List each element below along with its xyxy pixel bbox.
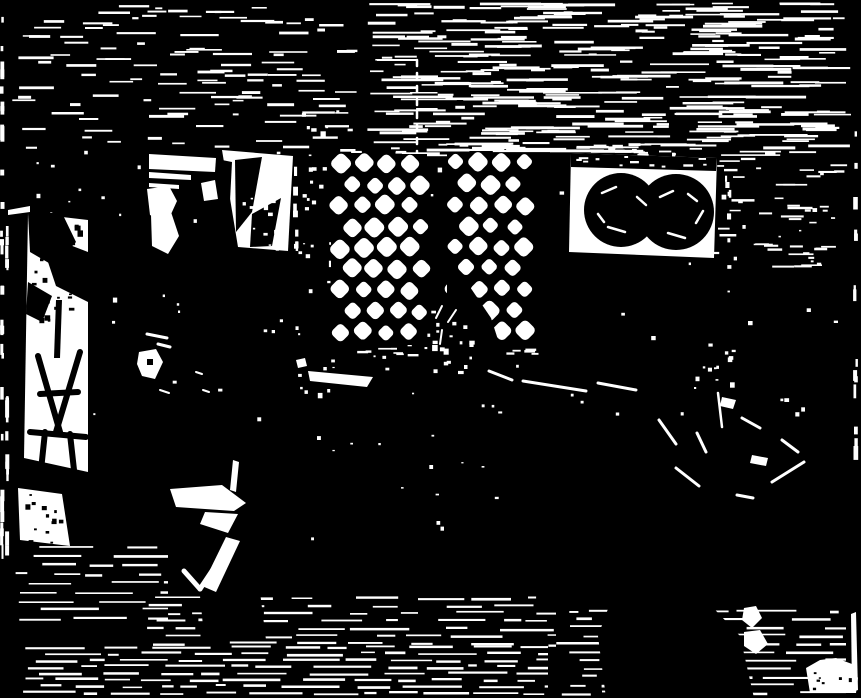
framed-picture-landscape [147,150,299,254]
woodcut-illustration [0,0,861,698]
framed-picture-roundels [569,144,731,258]
figure-shadow [196,556,266,640]
lattice-window-left-panel [327,147,432,356]
lattice-window-right-panel [443,150,541,355]
engraving-canvas [0,0,861,698]
